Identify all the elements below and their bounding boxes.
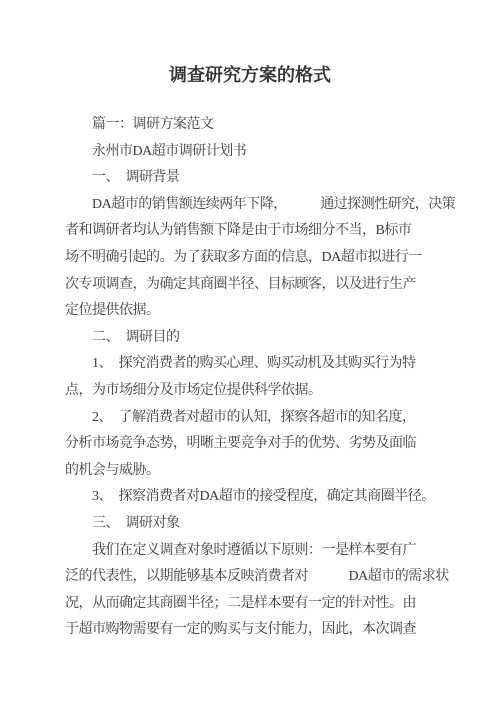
text-line: 1、 探究消费者的购买心理、购买动机及其购买行为特 [65,351,440,378]
text-line: 场不明确引起的。为了获取多方面的信息，DA超市拟进行一 [65,245,440,272]
text-line: 定位提供依据。 [65,298,440,325]
text-line: 况，从而确定其商圈半径；二是样本要有一定的针对性。由 [65,591,440,618]
text-line: 分析市场竞争态势，明晰主要竞争对手的优势、劣势及面临 [65,431,440,458]
text-line: 次专项调查，为确定其商圈半径、目标顾客，以及进行生产 [65,272,440,299]
document-body: 篇一：调研方案范文永州市DA超市调研计划书一、 调研背景DA超市的销售额连续两年… [65,112,440,644]
text-line: 3、 探察消费者对DA超市的接受程度，确定其商圈半径。 [65,484,440,511]
document-title: 调查研究方案的格式 [0,61,500,87]
text-line: 者和调研者均认为销售额下降是由于市场细分不当，B标市 [65,218,440,245]
text-line: 2、 了解消费者对超市的认知，探察各超市的知名度， [65,405,440,432]
text-line: 篇一：调研方案范文 [65,112,440,139]
text-line: 的机会与威胁。 [65,458,440,485]
text-line: 于超市购物需要有一定的购买与支付能力，因此，本次调查 [65,617,440,644]
text-line: 我们在定义调查对象时遵循以下原则：一是样本要有广 [65,538,440,565]
document-page: 调查研究方案的格式 篇一：调研方案范文永州市DA超市调研计划书一、 调研背景DA… [0,0,500,708]
text-line: 泛的代表性，以期能够基本反映消费者对 DA超市的需求状 [65,564,440,591]
text-line: 点，为市场细分及市场定位提供科学依据。 [65,378,440,405]
text-line: 一、 调研背景 [65,165,440,192]
text-line: 三、 调研对象 [65,511,440,538]
text-line: 二、 调研目的 [65,325,440,352]
text-line: 永州市DA超市调研计划书 [65,139,440,166]
text-line: DA超市的销售额连续两年下降， 通过探测性研究，决策 [65,192,440,219]
